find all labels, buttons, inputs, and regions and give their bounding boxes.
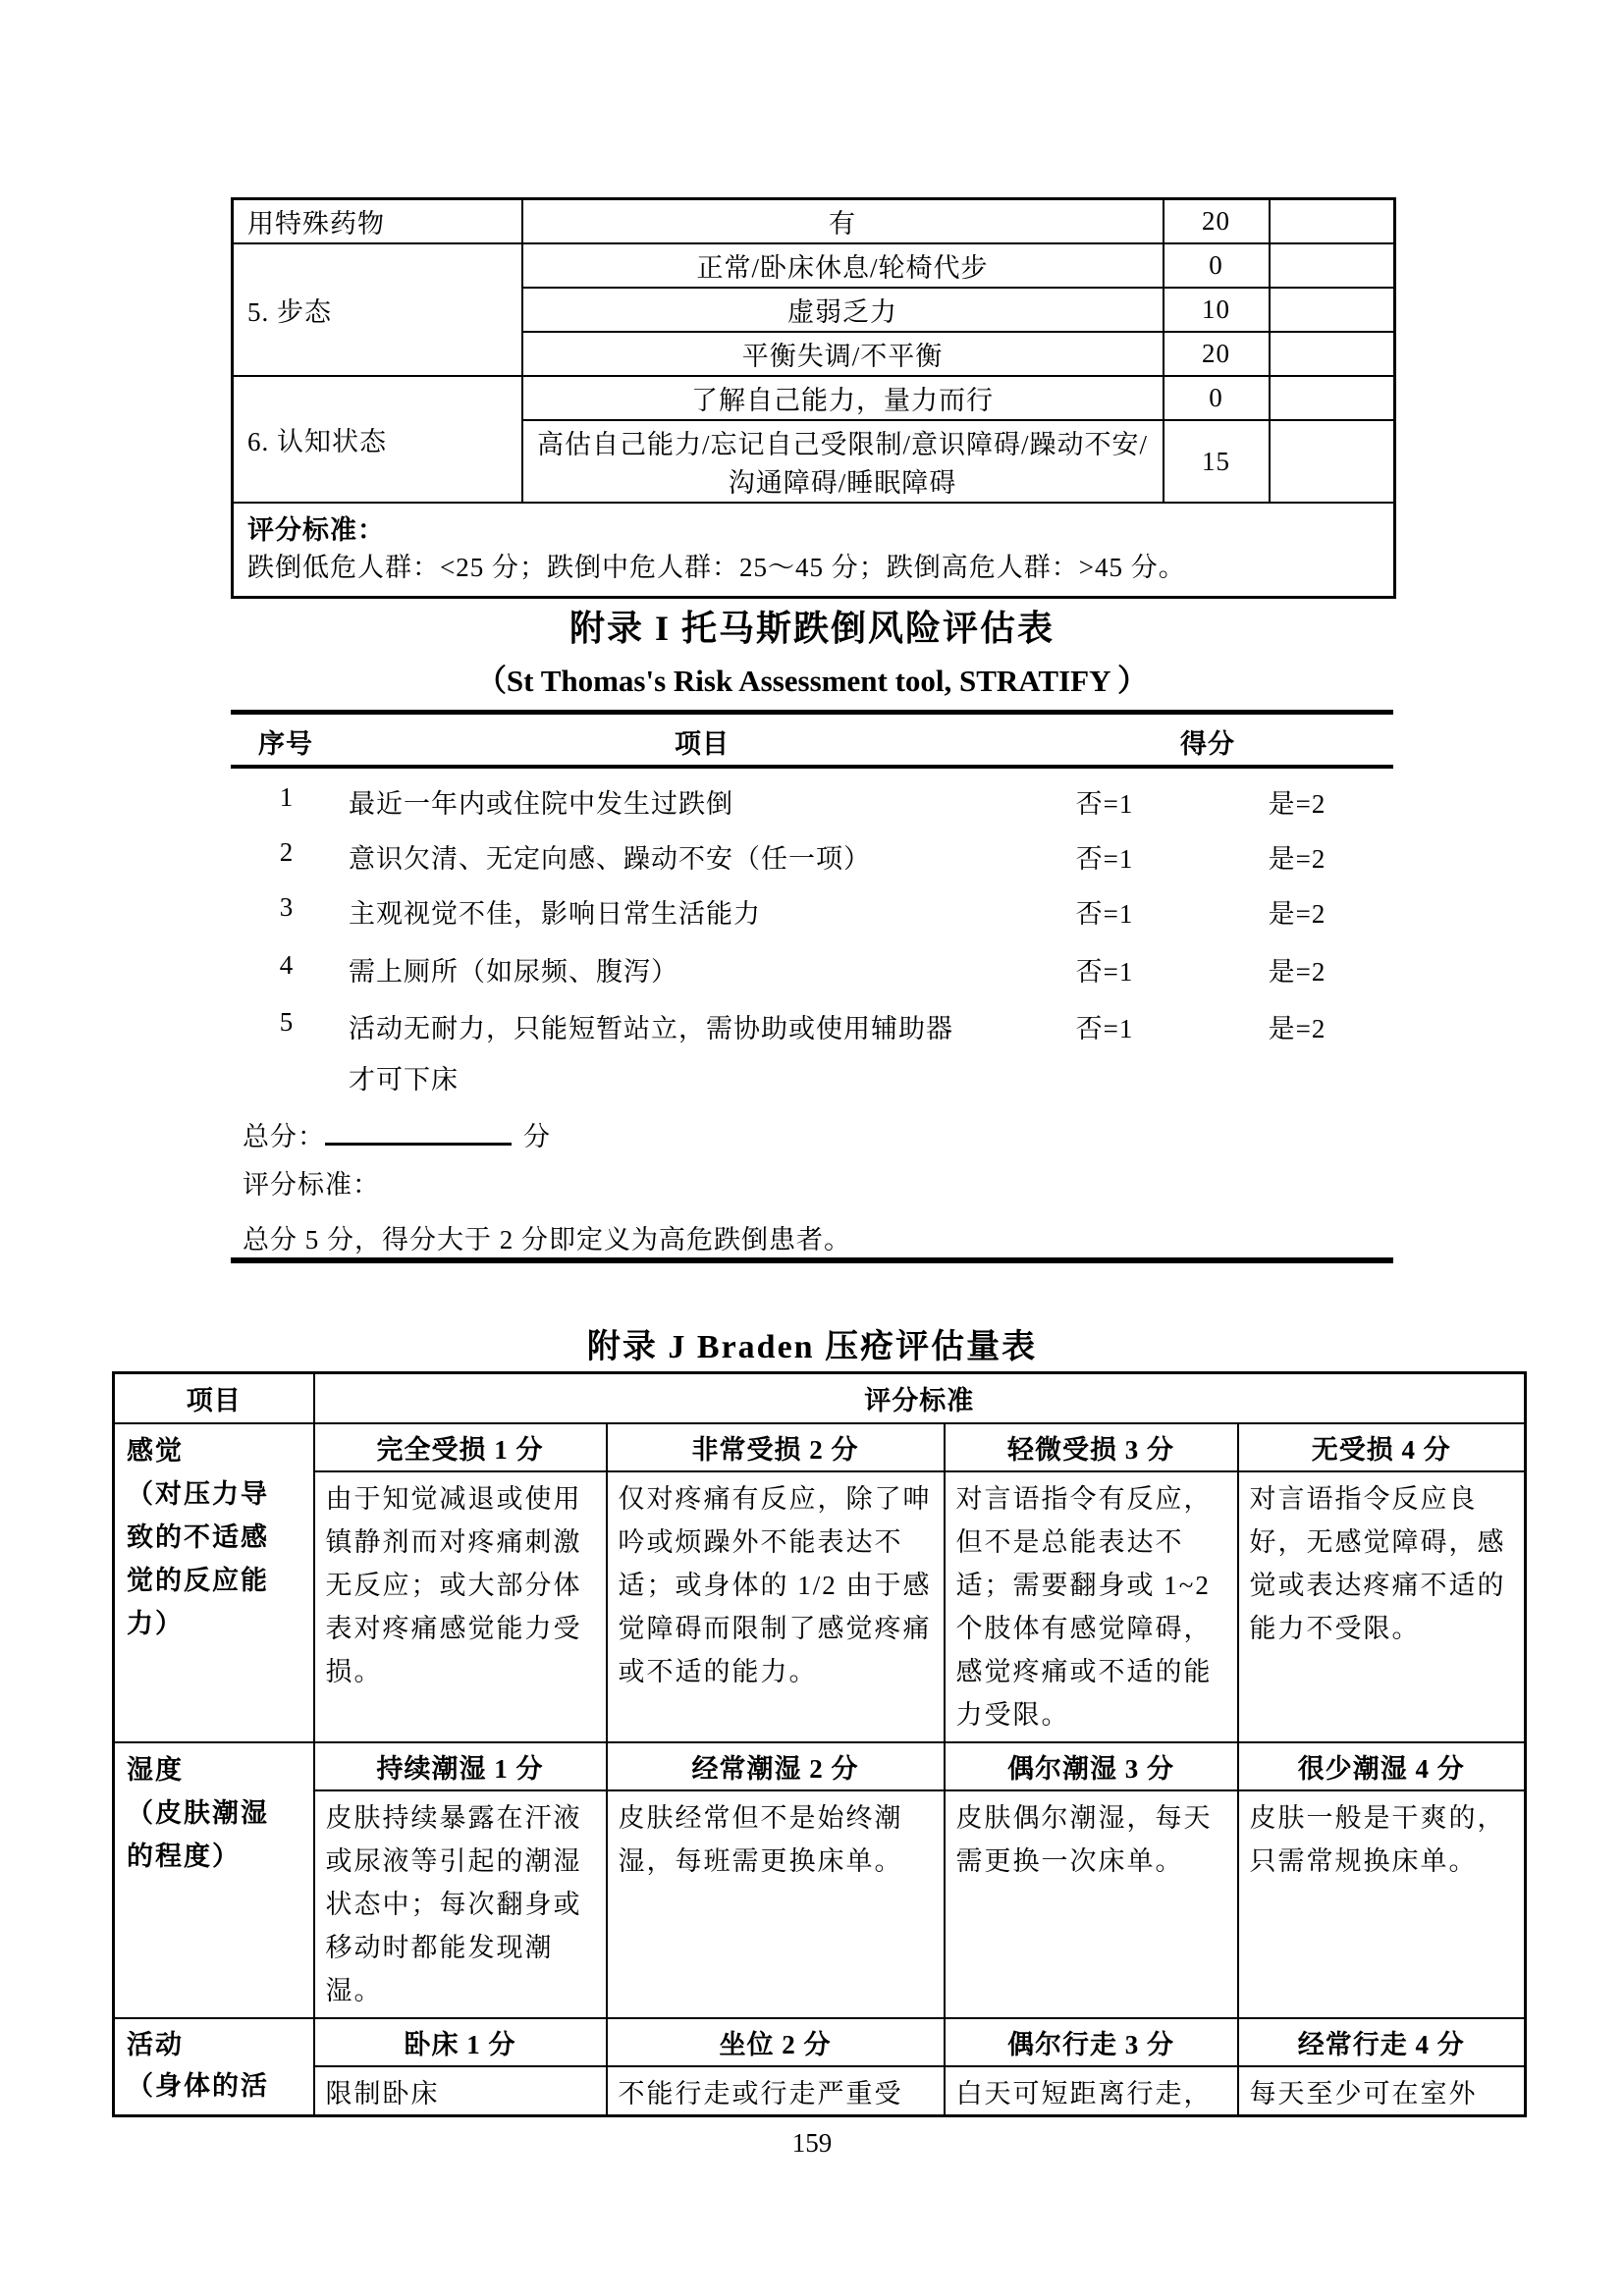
- no-value: 否=1: [1048, 1007, 1162, 1045]
- criteria-label: 评分标准：: [243, 1163, 380, 1201]
- level-description: 限制卧床: [314, 2066, 607, 2116]
- table-row: 5. 步态 正常/卧床休息/轮椅代步 0: [233, 243, 1395, 288]
- criteria-text: 总分 5 分，得分大于 2 分即定义为高危跌倒患者。: [243, 1218, 851, 1256]
- option-cell: 有: [522, 199, 1164, 244]
- table-row: 用特殊药物 有 20: [233, 199, 1395, 244]
- row-item: 最近一年内或住院中发生过跌倒: [349, 782, 733, 821]
- level-description: 对言语指令有反应，但不是总能表达不适；需要翻身或 1~2 个肢体有感觉障碍，感觉…: [945, 1471, 1238, 1742]
- score-cell: 20: [1164, 332, 1270, 376]
- section-name: 活动: [127, 2030, 184, 2059]
- col-header-item: 项目: [604, 722, 800, 761]
- score-cell: 20: [1164, 199, 1270, 244]
- braden-header-row: 项目 评分标准: [114, 1373, 1526, 1424]
- check-cell: [1270, 376, 1395, 420]
- section-name: 湿度: [127, 1755, 184, 1785]
- braden-desc-row: 由于知觉减退或使用镇静剂而对疼痛刺激无反应；或大部分体表对疼痛感觉能力受损。 仅…: [114, 1471, 1526, 1742]
- braden-desc-row: 皮肤持续暴露在汗液或尿液等引起的潮湿状态中；每次翻身或移动时都能发现潮湿。 皮肤…: [114, 1790, 1526, 2018]
- row-item: 主观视觉不佳，影响日常生活能力: [349, 892, 761, 931]
- score-cell: 15: [1164, 420, 1270, 503]
- level-description: 皮肤持续暴露在汗液或尿液等引起的潮湿状态中；每次翻身或移动时都能发现潮湿。: [314, 1790, 607, 2018]
- stratify-row: 2 意识欠清、无定向感、躁动不安（任一项） 否=1 是=2: [231, 837, 1393, 877]
- option-cell: 了解自己能力，量力而行: [522, 376, 1164, 420]
- no-value: 否=1: [1048, 892, 1162, 931]
- check-cell: [1270, 288, 1395, 332]
- total-unit: 分: [523, 1122, 551, 1151]
- yes-value: 是=2: [1240, 837, 1354, 876]
- level-description: 对言语指令反应良好，无感觉障碍，感觉或表达疼痛不适的能力不受限。: [1238, 1471, 1526, 1742]
- check-cell: [1270, 420, 1395, 503]
- braden-section-label: 湿度 （皮肤潮湿的程度）: [114, 1742, 314, 2018]
- level-description: 白天可短距离行走，: [945, 2066, 1238, 2116]
- level-header: 非常受损 2 分: [607, 1423, 945, 1471]
- row-label: 用特殊药物: [233, 199, 522, 244]
- col-header-score: 得分: [1159, 722, 1257, 761]
- row-number: 5: [270, 1007, 303, 1038]
- section-name: 感觉: [127, 1436, 184, 1466]
- appendix-j-title: 附录 J Braden 压疮评估量表: [0, 1319, 1624, 1367]
- no-value: 否=1: [1048, 837, 1162, 876]
- table-row: 6. 认知状态 了解自己能力，量力而行 0: [233, 376, 1395, 420]
- level-header: 经常潮湿 2 分: [607, 1742, 945, 1790]
- braden-level-row: 活动 （身体的活 卧床 1 分 坐位 2 分 偶尔行走 3 分 经常行走 4 分: [114, 2018, 1526, 2066]
- score-cell: 0: [1164, 243, 1270, 288]
- table-footer-row: 评分标准： 跌倒低危人群：<25 分；跌倒中危人群：25～45 分；跌倒高危人群…: [233, 503, 1395, 598]
- level-description: 仅对疼痛有反应，除了呻吟或烦躁外不能表达不适；或身体的 1/2 由于感觉障碍而限…: [607, 1471, 945, 1742]
- level-description: 由于知觉减退或使用镇静剂而对疼痛刺激无反应；或大部分体表对疼痛感觉能力受损。: [314, 1471, 607, 1742]
- level-header: 坐位 2 分: [607, 2018, 945, 2066]
- braden-table: 项目 评分标准 感觉 （对压力导致的不适感觉的反应能力） 完全受损 1 分 非常…: [112, 1371, 1527, 2117]
- row-number: 1: [270, 782, 303, 813]
- scoring-criteria-cell: 评分标准： 跌倒低危人群：<25 分；跌倒中危人群：25～45 分；跌倒高危人群…: [233, 503, 1395, 598]
- appendix-i-title: 附录 I 托马斯跌倒风险评估表: [0, 601, 1624, 651]
- level-description: 皮肤偶尔潮湿，每天需更换一次床单。: [945, 1790, 1238, 2018]
- check-cell: [1270, 199, 1395, 244]
- level-header: 偶尔潮湿 3 分: [945, 1742, 1238, 1790]
- total-score-line: 总分：分: [243, 1115, 551, 1153]
- yes-value: 是=2: [1240, 892, 1354, 931]
- no-value: 否=1: [1048, 950, 1162, 988]
- level-header: 经常行走 4 分: [1238, 2018, 1526, 2066]
- braden-header-item: 项目: [114, 1373, 314, 1424]
- option-cell: 高估自己能力/忘记自己受限制/意识障碍/躁动不安/沟通障碍/睡眠障碍: [522, 420, 1164, 503]
- stratify-table: 序号 项目 得分 1 最近一年内或住院中发生过跌倒 否=1 是=2 2 意识欠清…: [231, 710, 1393, 1265]
- yes-value: 是=2: [1240, 950, 1354, 988]
- row-number: 3: [270, 892, 303, 923]
- criteria-title: 评分标准：: [247, 515, 385, 545]
- level-description: 每天至少可在室外: [1238, 2066, 1526, 2116]
- appendix-i-subtitle-en: （St Thomas's Risk Assessment tool, STRAT…: [0, 656, 1624, 700]
- level-header: 无受损 4 分: [1238, 1423, 1526, 1471]
- braden-level-row: 感觉 （对压力导致的不适感觉的反应能力） 完全受损 1 分 非常受损 2 分 轻…: [114, 1423, 1526, 1471]
- section-subtitle: （身体的活: [127, 2071, 269, 2101]
- row-number: 4: [270, 950, 303, 981]
- section-subtitle: （对压力导致的不适感觉的反应能力）: [127, 1479, 269, 1638]
- level-description: 皮肤经常但不是始终潮湿，每班需更换床单。: [607, 1790, 945, 2018]
- yes-value: 是=2: [1240, 782, 1354, 821]
- row-item: 意识欠清、无定向感、躁动不安（任一项）: [349, 837, 871, 876]
- stratify-row: 4 需上厕所（如尿频、腹泻） 否=1 是=2: [231, 950, 1393, 989]
- level-header: 很少潮湿 4 分: [1238, 1742, 1526, 1790]
- no-value: 否=1: [1048, 782, 1162, 821]
- bottom-rule: [231, 1257, 1393, 1263]
- row-number: 2: [270, 837, 303, 868]
- page-number: 159: [0, 2128, 1624, 2159]
- level-description: 不能行走或行走严重受: [607, 2066, 945, 2116]
- document-page: 用特殊药物 有 20 5. 步态 正常/卧床休息/轮椅代步 0 虚弱乏力 10 …: [0, 0, 1624, 2296]
- yes-value: 是=2: [1240, 1007, 1354, 1045]
- level-header: 偶尔行走 3 分: [945, 2018, 1238, 2066]
- check-cell: [1270, 332, 1395, 376]
- total-score-blank: [325, 1119, 512, 1146]
- braden-section-label: 感觉 （对压力导致的不适感觉的反应能力）: [114, 1423, 314, 1742]
- row-item-line2: 才可下床: [349, 1058, 459, 1096]
- option-cell: 虚弱乏力: [522, 288, 1164, 332]
- header-rule: [231, 765, 1393, 769]
- braden-level-row: 湿度 （皮肤潮湿的程度） 持续潮湿 1 分 经常潮湿 2 分 偶尔潮湿 3 分 …: [114, 1742, 1526, 1790]
- level-header: 持续潮湿 1 分: [314, 1742, 607, 1790]
- criteria-text: 跌倒低危人群：<25 分；跌倒中危人群：25～45 分；跌倒高危人群：>45 分…: [247, 553, 1186, 582]
- option-cell: 正常/卧床休息/轮椅代步: [522, 243, 1164, 288]
- top-rule: [231, 710, 1393, 715]
- level-description: 皮肤一般是干爽的，只需常规换床单。: [1238, 1790, 1526, 2018]
- option-cell: 平衡失调/不平衡: [522, 332, 1164, 376]
- braden-section-label: 活动 （身体的活: [114, 2018, 314, 2116]
- check-cell: [1270, 243, 1395, 288]
- braden-header-criteria: 评分标准: [314, 1373, 1526, 1424]
- row-item: 活动无耐力，只能短暂站立，需协助或使用辅助器: [349, 1007, 953, 1045]
- level-header: 完全受损 1 分: [314, 1423, 607, 1471]
- col-header-no: 序号: [258, 722, 313, 761]
- stratify-row-continuation: 才可下床: [231, 1058, 1393, 1097]
- row-label-cognition: 6. 认知状态: [233, 376, 522, 503]
- section-subtitle: （皮肤潮湿的程度）: [127, 1798, 269, 1871]
- row-label-gait: 5. 步态: [233, 243, 522, 376]
- stratify-row: 1 最近一年内或住院中发生过跌倒 否=1 是=2: [231, 782, 1393, 822]
- level-header: 轻微受损 3 分: [945, 1423, 1238, 1471]
- braden-desc-row: 限制卧床 不能行走或行走严重受 白天可短距离行走， 每天至少可在室外: [114, 2066, 1526, 2116]
- stratify-row: 3 主观视觉不佳，影响日常生活能力 否=1 是=2: [231, 892, 1393, 932]
- level-header: 卧床 1 分: [314, 2018, 607, 2066]
- fall-risk-table: 用特殊药物 有 20 5. 步态 正常/卧床休息/轮椅代步 0 虚弱乏力 10 …: [231, 197, 1396, 599]
- total-label: 总分：: [243, 1122, 325, 1151]
- stratify-row: 5 活动无耐力，只能短暂站立，需协助或使用辅助器 否=1 是=2: [231, 1007, 1393, 1046]
- row-item: 需上厕所（如尿频、腹泻）: [349, 950, 678, 988]
- score-cell: 0: [1164, 376, 1270, 420]
- score-cell: 10: [1164, 288, 1270, 332]
